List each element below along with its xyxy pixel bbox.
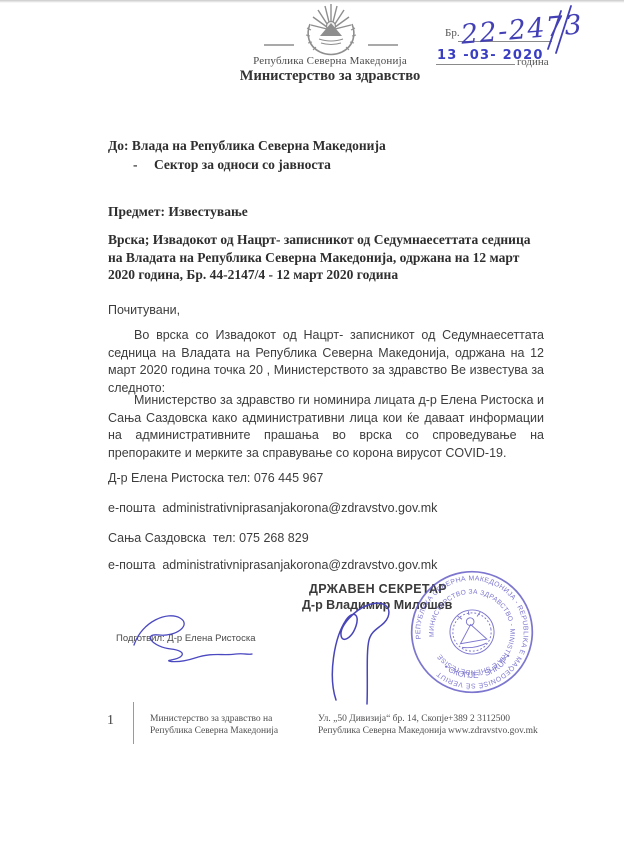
- footer-website: www.zdravstvo.gov.mk: [448, 726, 538, 738]
- recipient-to-line: До: Влада на Република Северна Македониј…: [108, 136, 558, 155]
- recipient-sector-line: -Сектор за односи со јавноста: [108, 155, 558, 174]
- contact-email-2: е-пошта administrativniprasanjakorona@zd…: [108, 558, 437, 572]
- salutation: Почитувани,: [108, 303, 180, 317]
- year-label: година: [517, 56, 549, 68]
- contact-phone-ristoska: Д-р Елена Ристоска тел: 076 445 967: [108, 471, 323, 485]
- coat-of-arms-icon: [302, 2, 360, 56]
- body-paragraph-2: Министерство за здравство ги номинира ли…: [108, 392, 544, 462]
- ministry-stamp-icon: РЕПУБЛИКА СЕВЕРНА МАКЕДОНИЈА - REPUBLIKA…: [405, 565, 539, 699]
- stamp-coat-of-arms: [446, 606, 497, 657]
- footer-divider: [133, 702, 134, 744]
- footer-address-line1: Ул. „50 Дивизија“ бр. 14, Скопје: [318, 714, 448, 726]
- footer-phone: +389 2 3112500: [448, 714, 538, 726]
- preparer-signature-icon: [124, 605, 254, 667]
- header-rule-right: [368, 44, 398, 46]
- state-secretary-signature-icon: [322, 590, 412, 710]
- official-letter-page: Република Северна Македонија Министерств…: [0, 0, 624, 858]
- footer-organization: Министерство за здравство на Република С…: [150, 714, 278, 737]
- page-number: 1: [107, 713, 114, 729]
- body-paragraph-1: Во врска со Извадокот од Нацрт- записник…: [108, 327, 544, 397]
- subject-line: Предмет: Известување: [108, 204, 248, 220]
- date-line: [436, 64, 515, 65]
- handwritten-number-text: 22-2473: [459, 9, 580, 51]
- reference-paragraph: Врска; Извадокот од Нацрт- записникот од…: [108, 231, 548, 284]
- footer-address-line2: Република Северна Македонија: [318, 726, 448, 738]
- list-dash: -: [108, 155, 154, 174]
- header-ministry-line: Министерство за здравство: [220, 68, 440, 85]
- recipient-block: До: Влада на Република Северна Македониј…: [108, 136, 558, 174]
- footer-address: Ул. „50 Дивизија“ бр. 14, Скопје Републи…: [318, 714, 448, 737]
- recipient-sector-text: Сектор за односи со јавноста: [154, 157, 331, 172]
- contact-phone-sazdovska: Сања Саздовска тел: 075 268 829: [108, 531, 309, 545]
- header-rule-left: [264, 44, 294, 46]
- footer-org-line1: Министерство за здравство на: [150, 714, 278, 726]
- footer-contact: +389 2 3112500 www.zdravstvo.gov.mk: [448, 714, 538, 737]
- footer-org-line2: Република Северна Македонија: [150, 726, 278, 738]
- header-republic-line: Република Северна Македонија: [240, 55, 420, 67]
- contact-email-1: е-пошта administrativniprasanjakorona@zd…: [108, 501, 437, 515]
